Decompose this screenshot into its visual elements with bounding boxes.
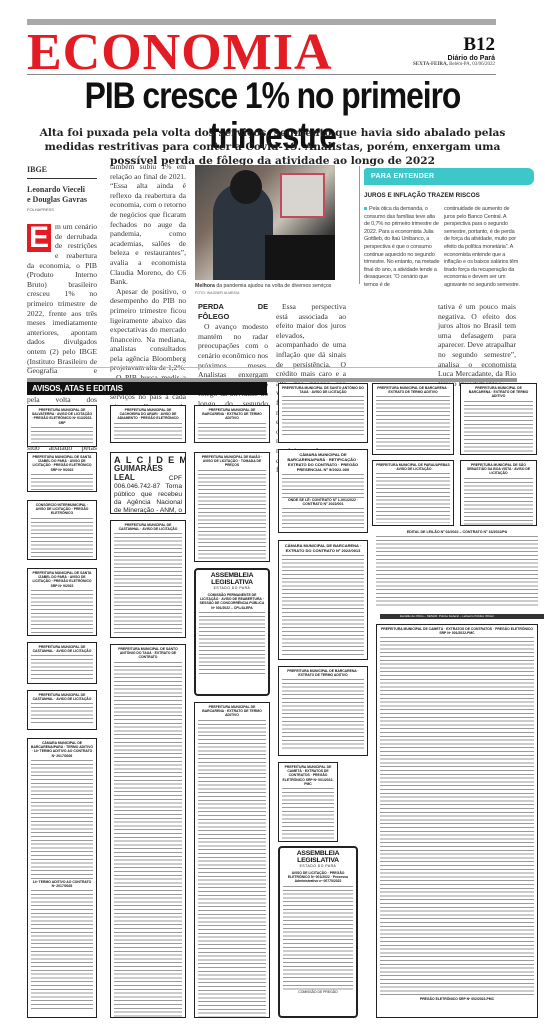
agency-credit: FOLHAPRESS	[27, 205, 97, 215]
publication-date: SEXTA-FEIRA, Belém-PA, 03/06/2022	[413, 62, 495, 67]
legal-notice: PREFEITURA MUNICIPAL DE BARCARENA · EXTR…	[278, 666, 368, 756]
senad-edital: EDITAL DE LEILÃO Nº 02/2022 – CONTRATO N…	[376, 530, 538, 614]
page-meta: B12 Diário do Pará SEXTA-FEIRA, Belém-PA…	[413, 35, 495, 67]
legal-notice: PREFEITURA MUNICIPAL DE SANTO ANTÔNIO DO…	[110, 644, 186, 1018]
drop-cap: E	[27, 224, 51, 252]
notice-heading: PREFEITURA MUNICIPAL DE CAMETÁ · EXTRATO…	[282, 765, 334, 786]
sidebar-col-1: Pela ótica da demanda, o consumo das fam…	[364, 206, 440, 290]
notice-text	[283, 886, 353, 990]
notice-text	[282, 555, 364, 655]
edital-text	[376, 536, 538, 608]
notice-subheading: 14º TERMO ADITIVO AO CONTRATO Nº 2017/00…	[31, 880, 93, 888]
barber-photo	[195, 165, 335, 280]
photo-counter	[265, 235, 335, 280]
notice-text	[282, 788, 334, 842]
notice-text	[31, 703, 93, 725]
ads-section-title: AVISOS, ATAS E EDITAIS	[27, 382, 267, 395]
legal-notice: PREFEITURA MUNICIPAL DE BARCARENA · EXTR…	[194, 702, 270, 1018]
assembleia-word: ASSEMBLEIA	[199, 572, 265, 579]
legal-notice: PREFEITURA MUNICIPAL DE SANTO ANTÔNIO DO…	[278, 383, 368, 443]
notice-text	[282, 508, 364, 530]
notice-text	[31, 890, 93, 1010]
photo-head	[230, 170, 262, 204]
notice-heading: PREFEITURA MUNICIPAL DE BARCARENA · EXTR…	[376, 386, 450, 394]
legal-notice: PREFEITURA MUNICIPAL DE CAMETÁ · EXTRATO…	[278, 762, 338, 842]
notice-text	[376, 396, 450, 452]
legal-notice: PREFEITURA MUNICIPAL DE BARCARENA · EXTR…	[372, 383, 454, 455]
photo-mirror	[280, 173, 325, 218]
legal-notice: PREFEITURA MUNICIPAL DE SALVATERRA · AVI…	[27, 405, 97, 447]
para-entender-tab: PARA ENTENDER	[364, 168, 534, 185]
assembleia-word: ASSEMBLEIA	[283, 850, 353, 857]
notice-heading: CÂMARA MUNICIPAL DE BARCARENA/PARÁ · RET…	[282, 452, 364, 472]
sidebar-text: Pela ótica da demanda, o consumo das fam…	[364, 206, 439, 288]
legal-notice: PREFEITURA MUNICIPAL DE BAIÃO · AVISO DE…	[194, 452, 270, 562]
notice-text	[31, 518, 93, 560]
notice-heading: AVISO DE LICITAÇÃO · PREGÃO ELETRÔNICO N…	[283, 871, 353, 884]
assembleia-logo: ASSEMBLEIA LEGISLATIVA ESTADO DO PARÁ	[199, 572, 265, 590]
paper-name: Diário do Pará	[413, 55, 495, 62]
legal-notice: PREFEITURA MUNICIPAL DE PARAUAPEBAS · AV…	[372, 460, 454, 526]
photo-caption: Melhora da pandemia ajudou na volta de d…	[195, 283, 345, 289]
notice-heading: CÂMARA MUNICIPAL DE BARCARENA · EXTRATO …	[282, 543, 364, 553]
notice-text	[464, 478, 533, 526]
bullet-icon	[364, 207, 367, 210]
notice-heading: PREFEITURA MUNICIPAL DE BARCARENA · EXTR…	[198, 705, 266, 718]
edital-heading: EDITAL DE LEILÃO Nº 02/2022 – CONTRATO N…	[376, 530, 538, 534]
notice-heading: PREFEITURA MUNICIPAL DE CASTANHAL · AVIS…	[114, 523, 182, 531]
article-col-2: também subiu 1% em relação ao final de 2…	[110, 162, 186, 440]
byline-2: e Douglas Gavras	[27, 195, 97, 205]
notice-text	[31, 427, 93, 447]
alcidemar-notice: ALCIDEMAR GUIMARÃES LEAL CPF 006.046.742…	[110, 452, 186, 514]
notice-footer: COMISSÃO DE PREGÃO	[283, 990, 353, 994]
kicker: IBGE	[27, 165, 97, 179]
paragraph: Em um cenário de derrubada de restrições…	[27, 222, 97, 385]
notice-subheading: ONDE SE LÊ: CONTRATO Nº 1-001/2022 · CON…	[282, 498, 364, 506]
alcidemar-text: ALCIDEMAR GUIMARÃES LEAL CPF 006.046.742…	[114, 455, 182, 514]
sidebar-col-2: continuidade de aumento de juros pelo Ba…	[444, 206, 520, 290]
paragraph: O avanço modesto mantém no radar preocup…	[198, 322, 268, 418]
date-rest: Belém-PA, 03/06/2022	[448, 62, 495, 67]
notice-heading: CÂMARA MUNICIPAL DE BARCARENA/PARÁ · TER…	[31, 741, 93, 758]
cameta-extratos: PREFEITURA MUNICIPAL DE CAMETÁ · EXTRATO…	[376, 624, 538, 1018]
section-title: ECONOMIA	[27, 27, 333, 79]
article-col-5: tativa é um pouco mais negativa. O efeit…	[438, 302, 516, 388]
notice-text	[198, 423, 266, 443]
legal-notice: PREFEITURA MUNICIPAL DE CACHOEIRA DO ARA…	[110, 405, 186, 443]
notice-text	[114, 533, 182, 633]
notice-text	[282, 396, 364, 436]
legal-notice: CONSÓRCIO INTERMUNICIPAL · AVISO DE LICI…	[27, 500, 97, 560]
legal-notice: PREFEITURA MUNICIPAL DE CASTANHAL · AVIS…	[110, 520, 186, 638]
camara-notice: CÂMARA MUNICIPAL DE BARCARENA/PARÁ · RET…	[278, 449, 368, 533]
legislativa-word: LEGISLATIVA	[283, 857, 353, 864]
page-number: B12	[413, 35, 495, 55]
notice-text	[464, 401, 533, 455]
sidebar-title: JUROS E INFLAÇÃO TRAZEM RISCOS	[364, 192, 480, 199]
legal-notice: PREFEITURA MUNICIPAL DE SANTA IZABEL DO …	[27, 568, 97, 636]
notice-text	[198, 720, 266, 1018]
notice-text	[282, 474, 364, 498]
senad-footer: Escalão de Ofício – SENAD: Polícia Feder…	[380, 614, 544, 619]
legal-notice: PREFEITURA MUNICIPAL DE CASTANHAL · AVIS…	[27, 690, 97, 730]
notice-heading: PREFEITURA MUNICIPAL DE CASTANHAL · AVIS…	[31, 693, 93, 701]
legal-notice: PREFEITURA MUNICIPAL DE BARCARENA · EXTR…	[460, 383, 537, 455]
legislativa-word: LEGISLATIVA	[199, 579, 265, 586]
notice-heading: PREFEITURA MUNICIPAL DE BARCARENA · EXTR…	[198, 408, 266, 421]
legal-notice: PREFEITURA MUNICIPAL DE CASTANHAL · AVIS…	[27, 642, 97, 684]
notice-heading: PREFEITURA MUNICIPAL DE SÃO SEBASTIÃO DA…	[464, 463, 533, 476]
notice-heading: PREFEITURA MUNICIPAL DE CACHOEIRA DO ARA…	[114, 408, 182, 421]
sidebar-divider	[359, 166, 360, 284]
article-bottom-rule	[27, 367, 517, 368]
notice-heading: PREFEITURA MUNICIPAL DE BARCARENA · EXTR…	[282, 669, 364, 677]
notice-text	[376, 473, 450, 523]
notice-text	[198, 470, 266, 562]
notice-text	[282, 679, 364, 751]
estado-word: ESTADO DO PARÁ	[199, 586, 265, 590]
legal-notice: PREFEITURA MUNICIPAL DE BARCARENA · EXTR…	[194, 405, 270, 443]
notice-heading: PREFEITURA MUNICIPAL DE SANTA IZABEL DO …	[31, 455, 93, 472]
photo-credit: FOTO: WAGNER ALMEIDA	[195, 291, 240, 295]
date-day: SEXTA-FEIRA,	[413, 62, 448, 67]
notice-text	[31, 590, 93, 636]
assembleia-notice: ASSEMBLEIA LEGISLATIVA ESTADO DO PARÁ CO…	[194, 568, 270, 696]
paragraph: também subiu 1% em relação ao final de 2…	[110, 162, 186, 287]
caption-text: da pandemia ajudou na volta de diversos …	[215, 283, 332, 289]
notice-heading: PREFEITURA MUNICIPAL DE BARCARENA · EXTR…	[464, 386, 533, 399]
byline-1: Leonardo Vieceli	[27, 185, 97, 195]
notice-text	[31, 655, 93, 679]
notice-heading: PREFEITURA MUNICIPAL DE BAIÃO · AVISO DE…	[198, 455, 266, 468]
estado-word: ESTADO DO PARÁ	[283, 864, 353, 868]
notice-text	[31, 760, 93, 880]
paragraph: Apesar de positivo, o desempenho do PIB …	[110, 287, 186, 373]
assembleia-logo: ASSEMBLEIA LEGISLATIVA ESTADO DO PARÁ	[283, 850, 353, 868]
notice-heading: COMISSÃO PERMANENTE DE LICITAÇÃO · AVISO…	[199, 593, 265, 610]
notice-heading: CONSÓRCIO INTERMUNICIPAL · AVISO DE LICI…	[31, 503, 93, 516]
notice-footer: PREGÃO ELETRÔNICO SRP Nº 002/2022-PMC	[380, 997, 534, 1001]
notice-heading: PREFEITURA MUNICIPAL DE SANTA IZABEL DO …	[31, 571, 93, 588]
notice-text	[380, 637, 534, 997]
caption-bold: Melhora	[195, 283, 215, 289]
notice-text	[114, 423, 182, 443]
section-subtitle: PERDA DE FÔLEGO	[198, 302, 268, 321]
legal-notice: PREFEITURA MUNICIPAL DE SÃO SEBASTIÃO DA…	[460, 460, 537, 526]
notice-heading: PREFEITURA MUNICIPAL DE PARAUAPEBAS · AV…	[376, 463, 450, 471]
paragraph: tativa é um pouco mais negativa. O efeit…	[438, 302, 516, 388]
notice-heading: PREFEITURA MUNICIPAL DE CAMETÁ · EXTRATO…	[380, 627, 534, 635]
notice-heading: PREFEITURA MUNICIPAL DE CASTANHAL · AVIS…	[31, 645, 93, 653]
notice-heading: PREFEITURA MUNICIPAL DE SANTO ANTÔNIO DO…	[114, 647, 182, 660]
article-col-3: PERDA DE FÔLEGO O avanço modesto mantém …	[198, 302, 268, 418]
notice-heading: PREFEITURA MUNICIPAL DE SALVATERRA · AVI…	[31, 408, 93, 425]
notice-text	[199, 612, 265, 676]
camara-termo-aditivo: CÂMARA MUNICIPAL DE BARCARENA/PARÁ · TER…	[27, 738, 97, 1018]
assembleia-notice-2: ASSEMBLEIA LEGISLATIVA ESTADO DO PARÁ AV…	[278, 846, 358, 1018]
notice-text	[114, 662, 182, 1018]
notice-heading: PREFEITURA MUNICIPAL DE SANTO ANTÔNIO DO…	[282, 386, 364, 394]
legal-notice: PREFEITURA MUNICIPAL DE SANTA IZABEL DO …	[27, 452, 97, 492]
notice-text	[31, 474, 93, 492]
camara-extrato: CÂMARA MUNICIPAL DE BARCARENA · EXTRATO …	[278, 540, 368, 660]
subheadline: Alta foi puxada pela volta dos serviços,…	[30, 126, 515, 168]
